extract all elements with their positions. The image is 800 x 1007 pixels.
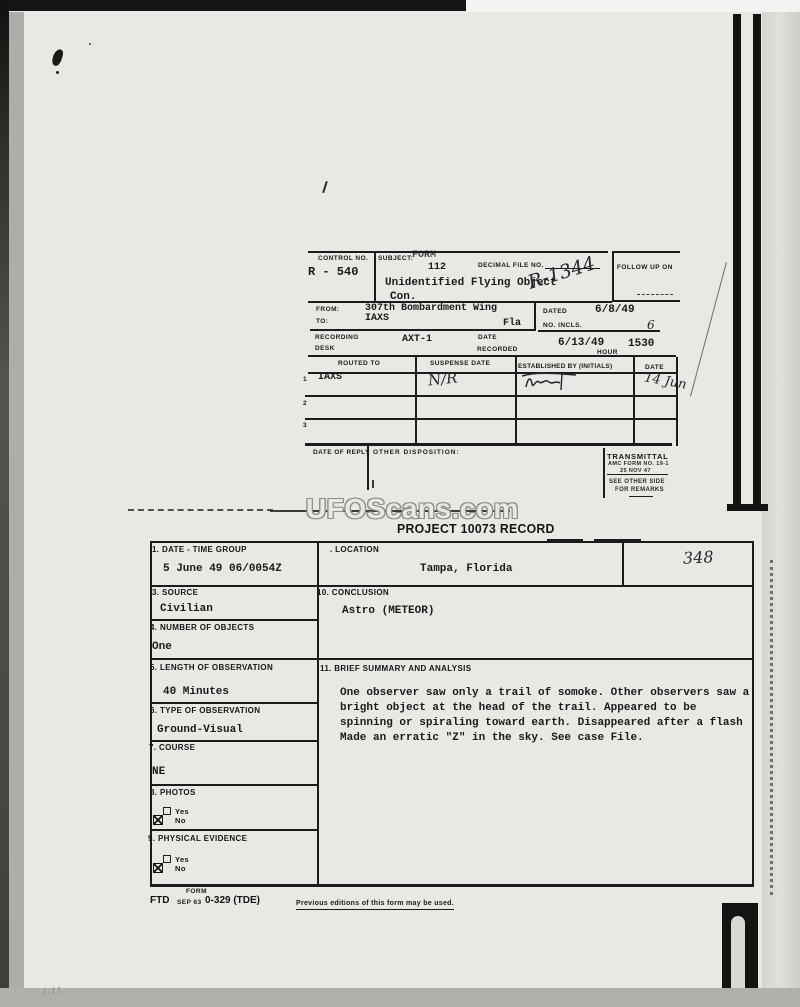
desk-label: DESK — [315, 345, 335, 352]
handwritten-page-number: 348 — [683, 547, 714, 568]
footer-ftd: FTD — [150, 896, 169, 906]
subject-form-word: FORM — [412, 250, 436, 261]
field-number-of-objects-value: One — [152, 641, 172, 653]
scanned-document-page: 1.11 CONTROL NO. R - 540 SUBJECT: — [0, 0, 800, 1007]
field-conclusion-label: 10. CONCLUSION — [317, 589, 389, 598]
recording-label: RECORDING — [315, 334, 359, 341]
ink-dot-small — [56, 71, 59, 74]
footer-form-word: FORM — [186, 888, 207, 895]
field-number-of-objects-label: 4. NUMBER OF OBJECTS — [150, 624, 254, 633]
scan-streak-dashes — [128, 509, 273, 511]
field-physical-evidence-label: 9. PHYSICAL EVIDENCE — [148, 835, 247, 844]
dated-value: 6/8/49 — [595, 304, 635, 316]
hour-value: 1530 — [628, 338, 654, 350]
film-sprocket-bar-left — [733, 14, 741, 508]
record-form-title: PROJECT 10073 RECORD — [397, 523, 555, 536]
suspense-header: SUSPENSE DATE — [430, 360, 490, 367]
control-no-label: CONTROL NO. — [318, 255, 368, 262]
follow-up-label: FOLLOW UP ON — [617, 264, 673, 271]
photos-no-checkbox-checked — [153, 815, 163, 825]
field-length-of-observation-label: 5. LENGTH OF OBSERVATION — [150, 664, 273, 673]
left-film-edge — [0, 0, 9, 1007]
summary-line-3: spinning or spiraling toward earth. Disa… — [340, 717, 743, 729]
date-of-reply-label: DATE OF REPLY — [313, 449, 370, 456]
recorded-label: RECORDED — [477, 346, 518, 353]
to-value: IAXS — [365, 313, 389, 324]
field-date-time-group-label: 1. DATE - TIME GROUP — [152, 546, 247, 555]
field-photos-label: 8. PHOTOS — [150, 789, 196, 798]
plus-tick-mark — [372, 480, 374, 488]
summary-line-4: Made an erratic "Z" in the sky. See case… — [340, 732, 644, 744]
bottom-gray-strip — [0, 988, 800, 1007]
field-conclusion-value: Astro (METEOR) — [342, 605, 434, 617]
field-location-value: Tampa, Florida — [420, 563, 512, 575]
decimal-file-handwritten: R-1344 — [525, 252, 598, 293]
slash-mark — [322, 181, 327, 193]
film-sprocket-bar-right — [753, 14, 761, 508]
footer-form-number: 0-329 (TDE) — [205, 896, 260, 906]
field-location-label: . LOCATION — [330, 546, 379, 555]
routed-row-3-no: 3 — [303, 422, 307, 429]
no-incls-value: 6 — [647, 318, 655, 332]
state-value: Fla — [503, 318, 521, 329]
field-source-value: Civilian — [160, 603, 213, 615]
top-right-light-strip — [466, 0, 800, 12]
transmittal-see-other: SEE OTHER SIDE — [609, 479, 665, 485]
control-no-value: R - 540 — [308, 265, 358, 279]
subject-line2: Con. — [390, 291, 416, 303]
routed-row-2-no: 2 — [303, 400, 307, 407]
watermark-text: UFOScans.com — [306, 495, 519, 523]
physical-evidence-yes-checkbox — [163, 855, 171, 863]
physical-evidence-no-checkbox-checked — [153, 863, 163, 873]
subject-form-number: 112 — [428, 262, 446, 273]
subject-label: SUBJECT: — [378, 255, 413, 262]
routed-to-header: ROUTED TO — [338, 360, 380, 367]
footer-sep-date: SEP 63 — [177, 899, 202, 906]
initials-signature-scribble — [518, 369, 582, 393]
photos-yes-checkbox — [163, 807, 171, 815]
field-course-value: NE — [152, 766, 165, 778]
photos-no-label: No — [175, 817, 186, 825]
photos-yes-label: Yes — [175, 808, 189, 816]
field-course-label: 7. COURSE — [149, 744, 195, 753]
hour-label: HOUR — [597, 349, 618, 356]
recording-value: AXT-1 — [402, 334, 432, 345]
field-length-of-observation-value: 40 Minutes — [163, 686, 229, 698]
routed-row-1-no: 1 — [303, 376, 307, 383]
physical-evidence-yes-label: Yes — [175, 856, 189, 864]
transmittal-form-no: AMC FORM NO. 19-1 — [608, 462, 669, 468]
decimal-file-label: DECIMAL FILE NO. — [478, 262, 544, 269]
field-type-of-observation-label: 6. TYPE OF OBSERVATION — [150, 707, 260, 716]
from-label: FROM: — [316, 306, 340, 313]
footer-note: Previous editions of this form may be us… — [296, 900, 454, 910]
film-top-bar — [0, 0, 466, 11]
routed-date-handwritten: 14 Jun — [643, 370, 688, 392]
right-edge-shading — [762, 12, 800, 988]
transmittal-remarks: FOR REMARKS — [615, 487, 664, 493]
ink-speck — [89, 43, 91, 45]
field-summary-label: 11. BRIEF SUMMARY AND ANALYSIS — [320, 665, 471, 674]
field-source-label: 3. SOURCE — [152, 589, 198, 598]
suspense-handwritten: N/R — [427, 369, 458, 390]
physical-evidence-no-label: No — [175, 865, 186, 873]
to-label: TO: — [316, 318, 328, 325]
transmittal-title: TRANSMITTAL — [607, 453, 669, 461]
date-label: DATE — [478, 334, 497, 341]
routed-row-1-value: IAXS — [318, 372, 342, 383]
dash-artifact-1 — [637, 294, 673, 295]
other-disposition-label: OTHER DISPOSITION: — [373, 449, 460, 456]
dated-label: DATED — [543, 308, 567, 315]
date-recorded-value: 6/13/49 — [558, 337, 604, 349]
left-gray-strip — [9, 12, 24, 988]
margin-scribble: 1.11 — [42, 986, 63, 997]
right-dotted-scratch — [770, 560, 773, 895]
no-incls-label: NO. INCLS. — [543, 322, 582, 329]
transmittal-date: 25 NOV 47 — [620, 469, 651, 475]
diagonal-scratch — [690, 262, 727, 397]
summary-line-1: One observer saw only a trail of somoke.… — [340, 687, 749, 699]
film-sprocket-foot — [727, 504, 768, 511]
field-type-of-observation-value: Ground-Visual — [157, 724, 243, 736]
summary-line-2: bright object at the head of the trail. … — [340, 702, 696, 714]
ink-blot — [51, 48, 65, 67]
field-date-time-group-value: 5 June 49 06/0054Z — [163, 563, 282, 575]
